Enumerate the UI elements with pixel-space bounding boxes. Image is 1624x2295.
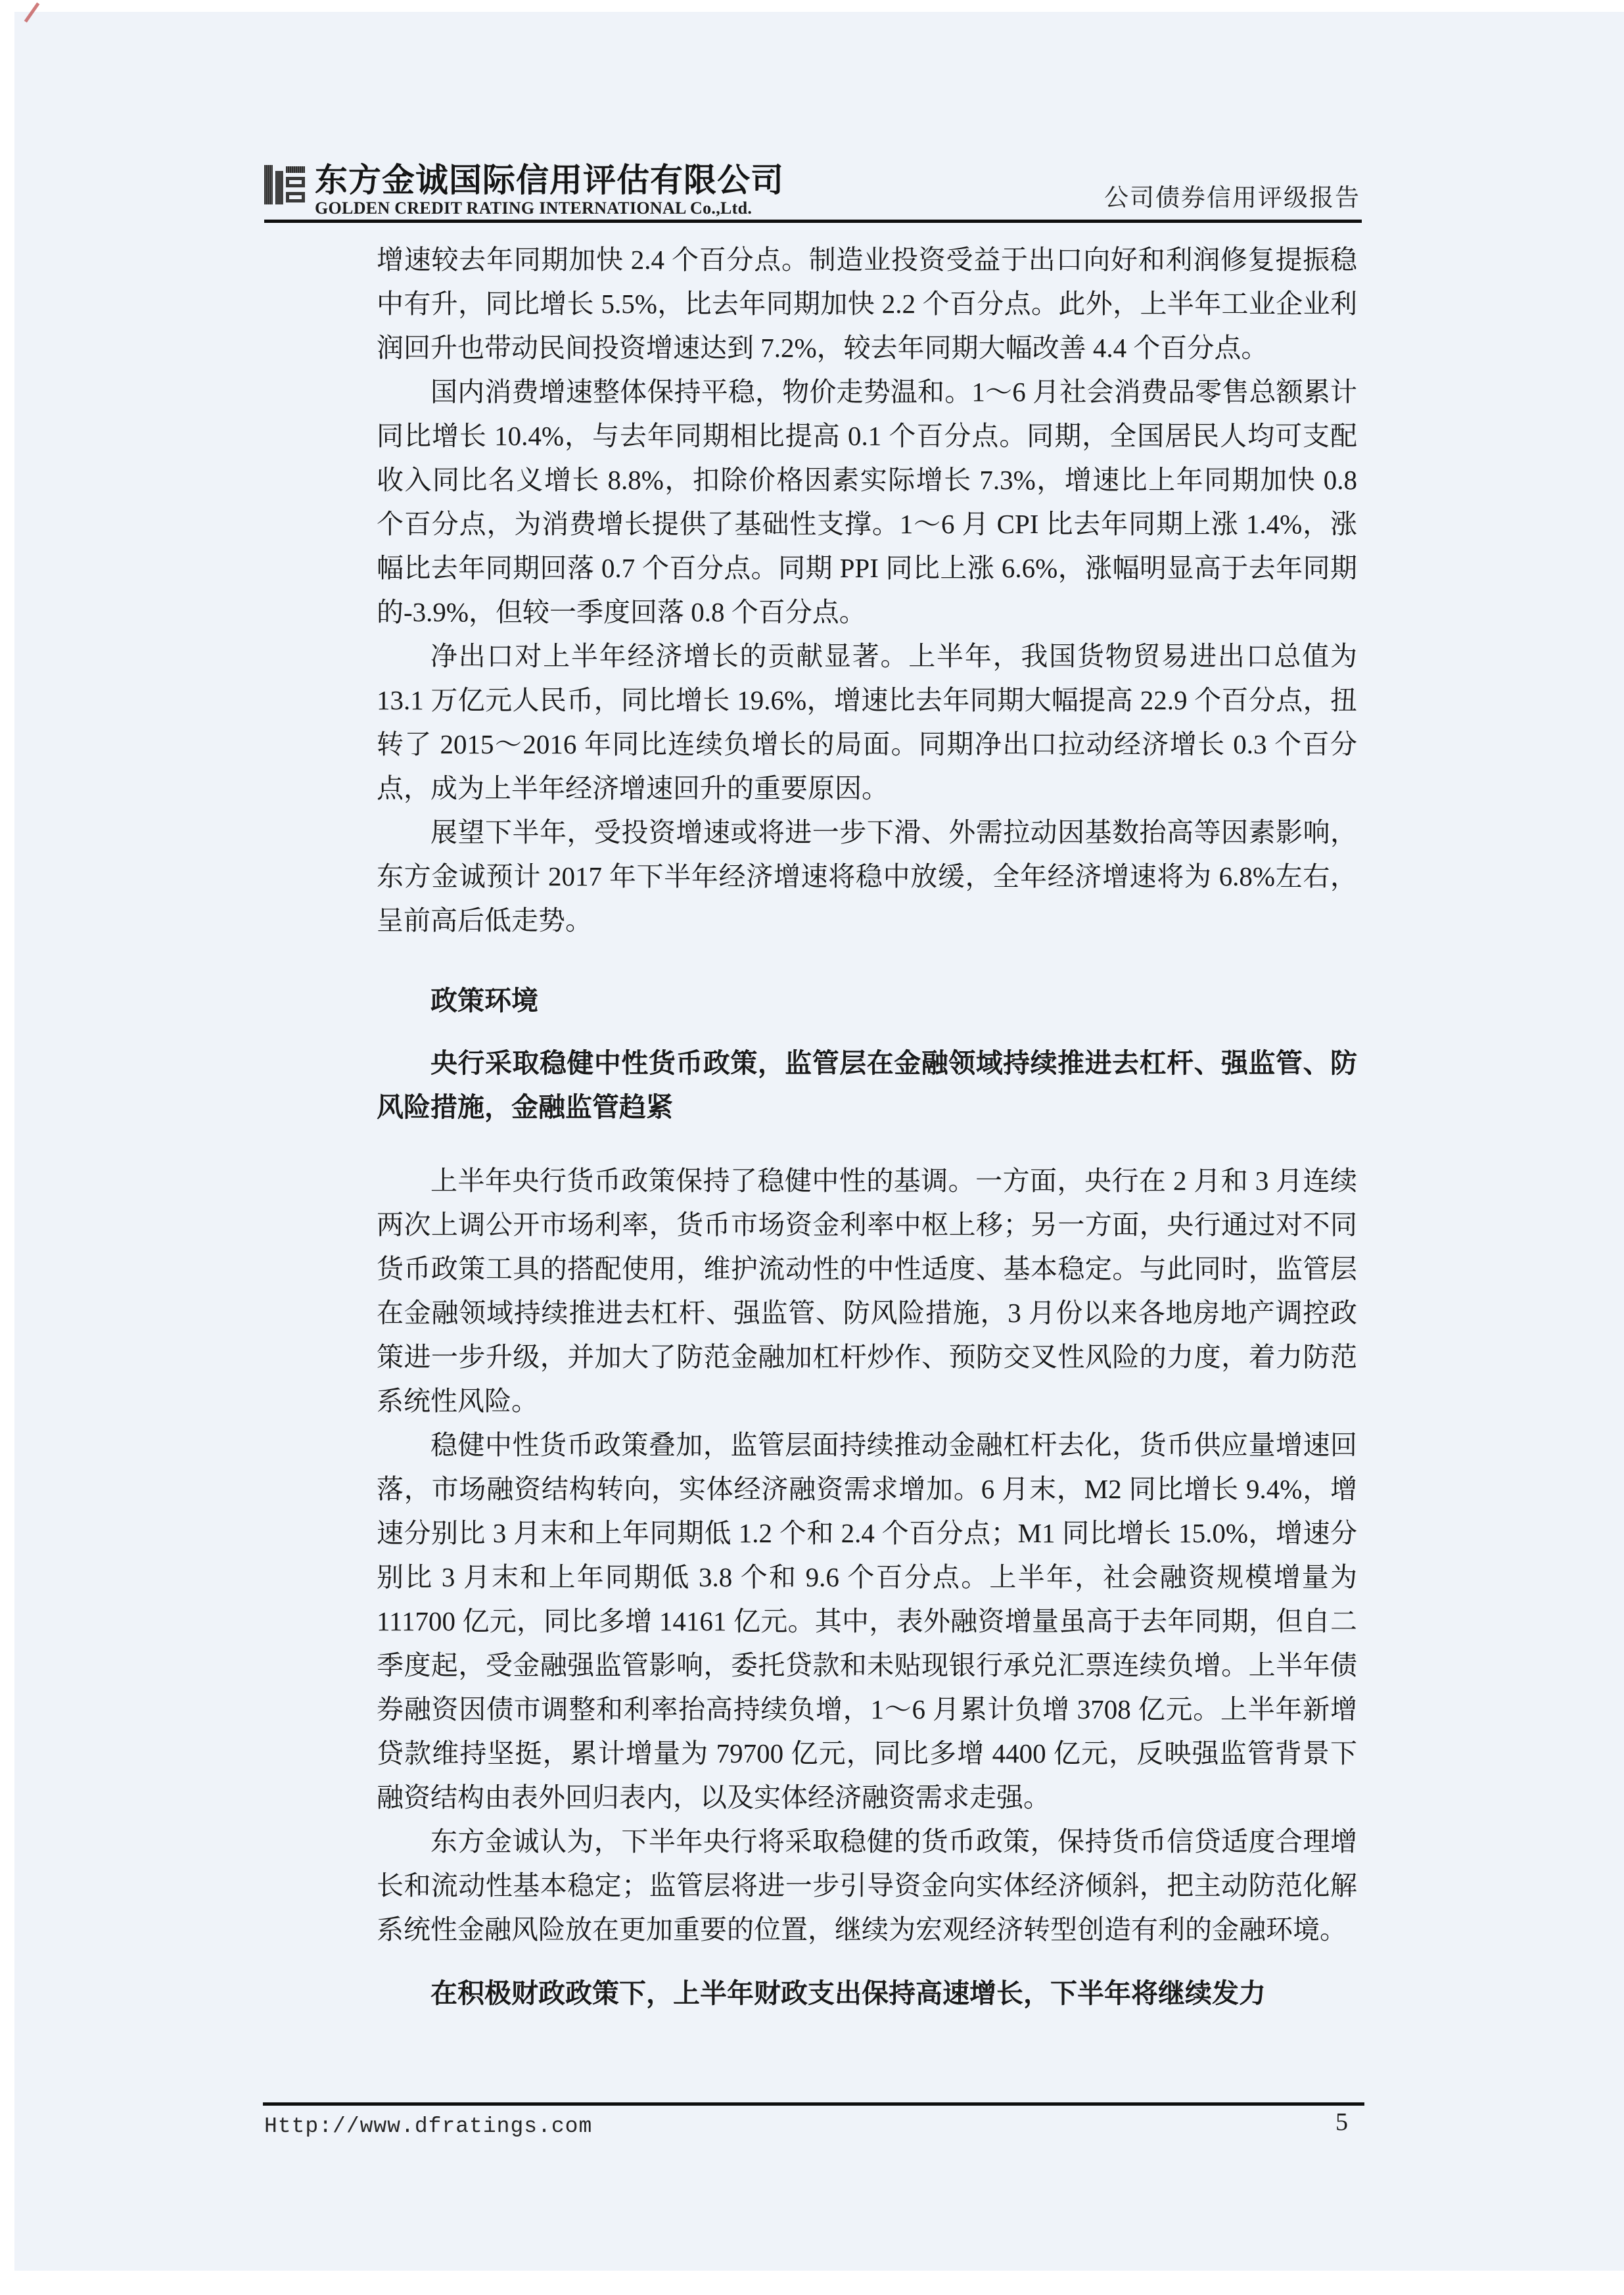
footer-page-number: 5 (1335, 2108, 1348, 2137)
document-page: 东方金诚国际信用评估有限公司 GOLDEN CREDIT RATING INTE… (0, 0, 1624, 2295)
body-paragraph: 净出口对上半年经济增长的贡献显著。上半年，我国货物贸易进出口总值为 13.1 万… (377, 634, 1357, 811)
footer-divider (263, 2102, 1364, 2106)
company-name-en: GOLDEN CREDIT RATING INTERNATIONAL Co.,L… (315, 199, 784, 218)
company-logo: 东方金诚国际信用评估有限公司 GOLDEN CREDIT RATING INTE… (264, 163, 784, 218)
logo-box (286, 177, 305, 187)
company-logo-icon (264, 165, 305, 204)
document-body: 增速较去年同期加快 2.4 个百分点。制造业投资受益于出口向好和利润修复提振稳中… (377, 238, 1357, 2016)
body-paragraph: 上半年央行货币政策保持了稳健中性的基调。一方面，央行在 2 月和 3 月连续两次… (377, 1159, 1357, 1423)
subsection-heading-fiscal-policy: 在积极财政政策下，上半年财政支出保持高速增长，下半年将继续发力 (377, 1972, 1357, 2016)
company-name-zh: 东方金诚国际信用评估有限公司 (315, 163, 784, 198)
subsection-heading-monetary-policy: 央行采取稳健中性货币政策，监管层在金融领域持续推进去杠杆、强监管、防风险措施，金… (377, 1041, 1357, 1129)
logo-stripe-bar (286, 166, 305, 173)
body-paragraph: 稳健中性货币政策叠加，监管层面持续推动金融杠杆去化，货币供应量增速回落，市场融资… (377, 1423, 1357, 1820)
company-name-block: 东方金诚国际信用评估有限公司 GOLDEN CREDIT RATING INTE… (315, 163, 784, 218)
body-paragraph: 展望下半年，受投资增速或将进一步下滑、外需拉动因基数抬高等因素影响，东方金诚预计… (377, 811, 1357, 943)
section-heading-policy-environment: 政策环境 (377, 979, 1357, 1023)
logo-stripe-bar (275, 171, 283, 204)
body-paragraph: 国内消费增速整体保持平稳，物价走势温和。1～6 月社会消费品零售总额累计同比增长… (377, 370, 1357, 634)
logo-box (286, 192, 305, 202)
body-paragraph: 增速较去年同期加快 2.4 个百分点。制造业投资受益于出口向好和利润修复提振稳中… (377, 238, 1357, 370)
logo-stripe-bar (264, 165, 273, 204)
footer-website: Http://www.dfratings.com (264, 2114, 592, 2139)
page-header: 东方金诚国际信用评估有限公司 GOLDEN CREDIT RATING INTE… (264, 162, 1362, 223)
body-paragraph: 东方金诚认为，下半年央行将采取稳健的货币政策，保持货币信贷适度合理增长和流动性基… (377, 1820, 1357, 1952)
report-type-label: 公司债券信用评级报告 (1104, 177, 1360, 213)
